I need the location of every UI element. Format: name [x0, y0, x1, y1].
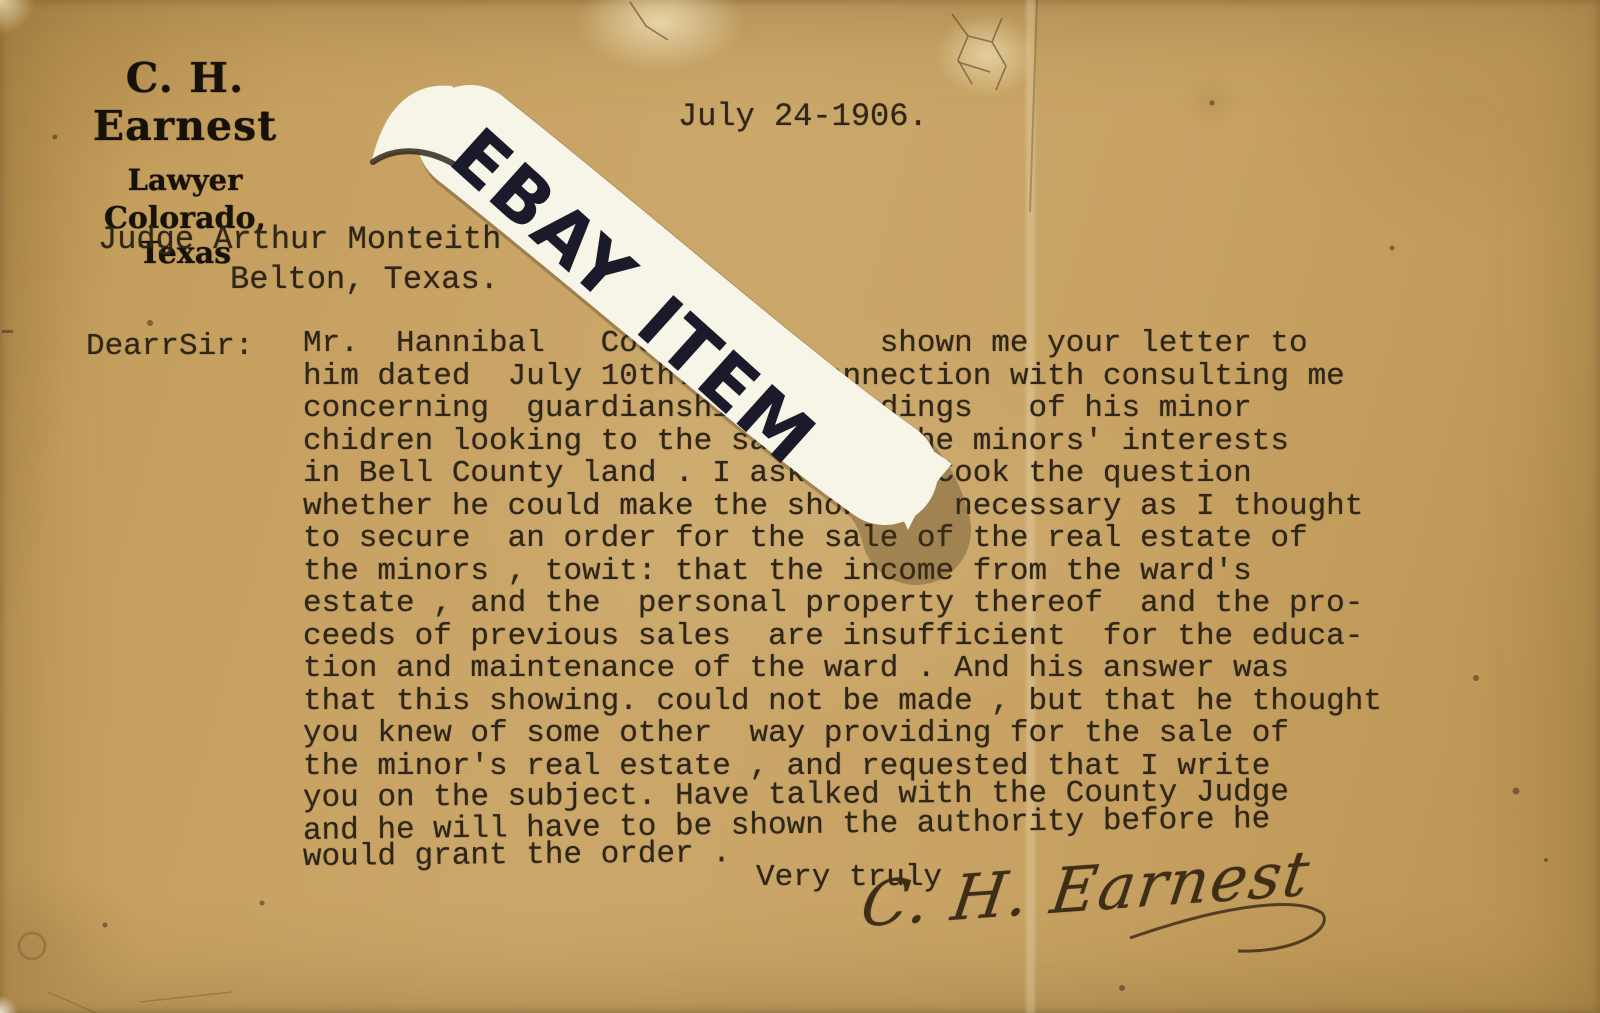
letter-body-line: chidren looking to the sale of the minor…: [303, 426, 1382, 459]
letterhead-name: C. H. Earnest: [58, 54, 312, 150]
letter-body-line: Mr. Hannibal Cook has shown me your lett…: [303, 328, 1382, 361]
paper-crack-lines: [630, 2, 1006, 90]
letter-body-line: whether he could make the showing necess…: [303, 491, 1382, 524]
addressee-city: Belton, Texas.: [230, 261, 499, 298]
letter-body-line: tion and maintenance of the ward . And h…: [303, 653, 1382, 686]
letter-body-line: that this showing. could not be made , b…: [303, 686, 1382, 719]
sticker-curl-shadow: [373, 151, 457, 166]
crease-line: [1030, 0, 1037, 212]
sticker-curl: [371, 86, 465, 168]
letter-body-line: him dated July 10th. , in connection wit…: [303, 361, 1382, 394]
letterhead-title: Lawyer: [58, 163, 312, 197]
letter-body-line: ceeds of previous sales are insufficient…: [303, 621, 1382, 654]
letter-body-line: to secure an order for the sale of the r…: [303, 523, 1382, 556]
pencil-mark: [19, 933, 45, 959]
letter-scan: C. H. Earnest Lawyer Colorado, Texas Jul…: [0, 0, 1600, 1013]
letter-body-line: concerning guardianship proceedings of h…: [303, 393, 1382, 426]
corner-crease-lines: [48, 992, 232, 1013]
letter-body-line: you knew of some other way providing for…: [303, 718, 1382, 751]
letter-body-line: the minors , towit: that the income from…: [303, 556, 1382, 589]
salutation: DearrSir:: [86, 329, 253, 364]
letter-body-line: estate , and the personal property there…: [303, 588, 1382, 621]
date-line: July 24-1906.: [678, 98, 928, 135]
letter-body: Mr. Hannibal Cook has shown me your lett…: [303, 328, 1382, 875]
letter-body-line: in Bell County land . I asked Mr. Cook t…: [303, 458, 1382, 491]
addressee-name: Judge Arthur Monteith: [98, 221, 501, 258]
